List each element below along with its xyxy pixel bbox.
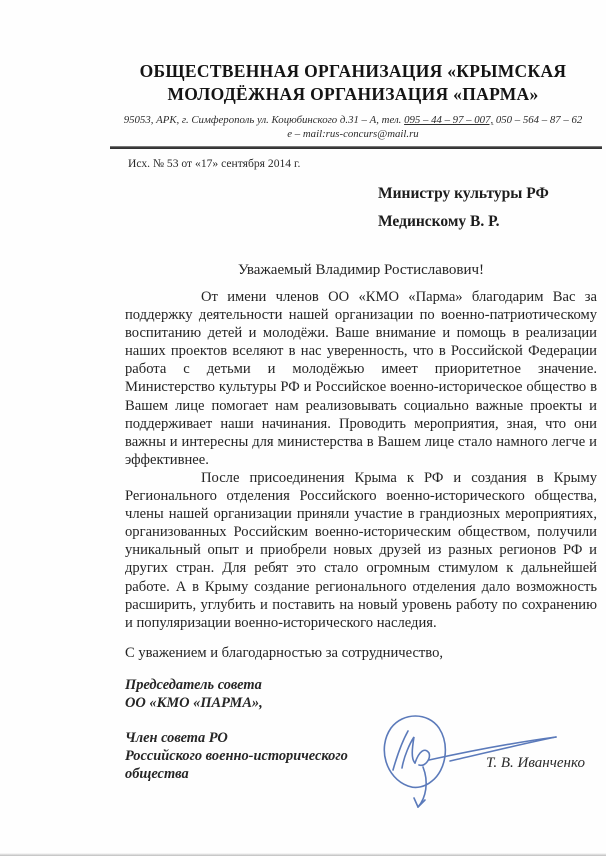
phone-number-primary: 095 – 44 – 97 – 007, — [404, 114, 493, 126]
signer-title-member: Член совета РО Российского военно-истори… — [125, 729, 348, 783]
outgoing-ref-number: Исх. № 53 от «17» сентября 2014 г. — [128, 157, 300, 170]
organization-title-line2: МОЛОДЁЖНАЯ ОРГАНИЗАЦИЯ «ПАРМА» — [104, 83, 602, 106]
signer-title-member-line1: Член совета РО — [125, 729, 348, 747]
scanned-letter-page: ОБЩЕСТВЕННАЯ ОРГАНИЗАЦИЯ «КРЫМСКАЯ МОЛОД… — [0, 0, 606, 856]
signer-title-chairman-line2: ОО «КМО «ПАРМА», — [125, 694, 348, 712]
organization-title: ОБЩЕСТВЕННАЯ ОРГАНИЗАЦИЯ «КРЫМСКАЯ МОЛОД… — [104, 60, 602, 106]
signer-title-member-line3: общества — [125, 765, 348, 783]
letter-body: От имени членов ОО «КМО «Парма» благодар… — [125, 288, 597, 632]
signer-title-chairman-line1: Председатель совета — [125, 676, 348, 694]
letterhead-address-line: 95053, АРК, г. Симферополь ул. Коцюбинск… — [104, 114, 602, 128]
recipient-block: Министру культуры РФ Мединскому В. Р. — [378, 184, 549, 231]
recipient-name: Мединскому В. Р. — [378, 212, 549, 231]
address-text: 95053, АРК, г. Симферополь ул. Коцюбинск… — [124, 114, 404, 126]
closing-regards: С уважением и благодарностью за сотрудни… — [125, 645, 443, 662]
letterhead-contacts: 95053, АРК, г. Симферополь ул. Коцюбинск… — [104, 114, 602, 141]
signer-titles-block: Председатель совета ОО «КМО «ПАРМА», Чле… — [125, 676, 348, 783]
signer-name: Т. В. Иванченко — [486, 755, 585, 772]
body-paragraph-2: После присоединения Крыма к РФ и создани… — [125, 469, 597, 632]
signer-title-member-line2: Российского военно-исторического — [125, 747, 348, 765]
organization-title-line1: ОБЩЕСТВЕННАЯ ОРГАНИЗАЦИЯ «КРЫМСКАЯ — [104, 60, 602, 83]
phone-number-secondary: 050 – 564 – 87 – 62 — [493, 114, 582, 126]
letterhead-email-line: е – mail:rus-concurs@mail.ru — [104, 128, 602, 142]
signer-title-chairman: Председатель совета ОО «КМО «ПАРМА», — [125, 676, 348, 712]
letterhead: ОБЩЕСТВЕННАЯ ОРГАНИЗАЦИЯ «КРЫМСКАЯ МОЛОД… — [104, 60, 602, 141]
salutation: Уважаемый Владимир Ростиславович! — [125, 262, 597, 279]
body-paragraph-1: От имени членов ОО «КМО «Парма» благодар… — [125, 288, 597, 469]
letterhead-divider-rule — [110, 146, 602, 149]
recipient-position: Министру культуры РФ — [378, 184, 549, 203]
